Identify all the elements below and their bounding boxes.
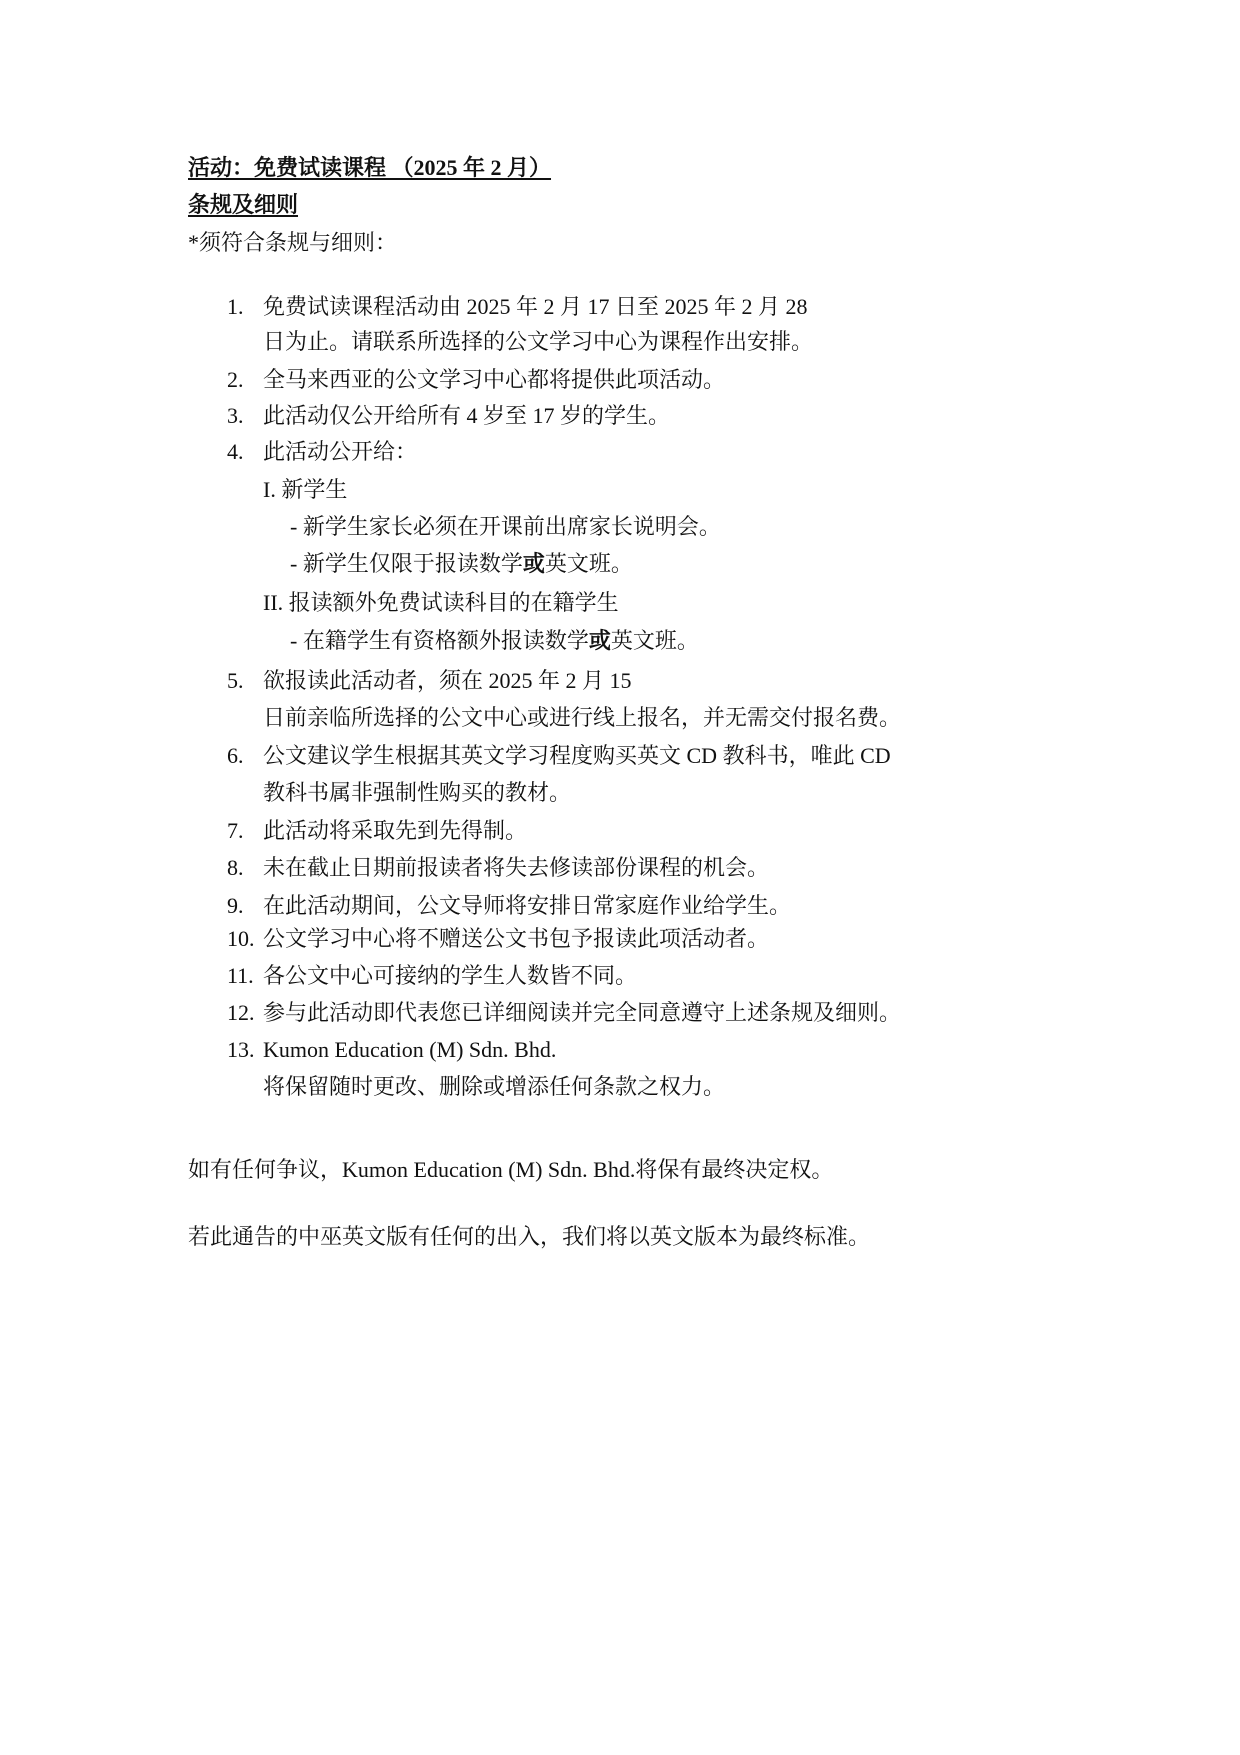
document-subtitle: 条规及细则 [188, 190, 298, 220]
item-text: 此活动公开给： [263, 439, 417, 464]
list-item-1: 1. 免费试读课程活动由 2025 年 2 月 17 日至 2025 年 2 月… [263, 292, 808, 322]
list-item-5: 5. 欲报读此活动者，须在 2025 年 2 月 15 [263, 666, 632, 696]
document-title: 活动：免费试读课程 （2025 年 2 月） [188, 153, 551, 183]
point-text: - 在籍学生有资格额外报读数学 [290, 628, 589, 653]
item-text: 将保留随时更改、删除或增添任何条款之权力。 [263, 1074, 725, 1099]
item-number: 7. [227, 816, 261, 846]
point-text: - 新学生仅限于报读数学 [290, 551, 523, 576]
emphasis-or: 或 [589, 628, 611, 653]
item-number: 13. [227, 1035, 261, 1065]
intro-note: *须符合条规与细则： [188, 228, 397, 258]
item-text: 此活动将采取先到先得制。 [263, 818, 527, 843]
point-text: - 新学生家长必须在开课前出席家长说明会。 [290, 514, 721, 539]
item-number: 2. [227, 365, 261, 395]
item-text: 公文建议学生根据其英文学习程度购买英文 CD 教科书，唯此 CD [263, 743, 891, 768]
item-number: 10. [227, 924, 261, 954]
subsection-ii-point-1: - 在籍学生有资格额外报读数学或英文班。 [290, 626, 699, 656]
item-number: 1. [227, 292, 261, 322]
emphasis-or: 或 [523, 551, 545, 576]
subsection-ii-label: II. 报读额外免费试读科目的在籍学生 [263, 588, 619, 618]
item-number: 4. [227, 437, 261, 467]
list-item-4: 4. 此活动公开给： [263, 437, 417, 467]
item-text: 免费试读课程活动由 2025 年 2 月 17 日至 2025 年 2 月 28 [263, 294, 808, 319]
item-text: 未在截止日期前报读者将失去修读部份课程的机会。 [263, 855, 769, 880]
item-text: 各公文中心可接纳的学生人数皆不同。 [263, 963, 637, 988]
list-item-12: 12. 参与此活动即代表您已详细阅读并完全同意遵守上述条规及细则。 [263, 998, 901, 1028]
item-number: 12. [227, 998, 261, 1028]
item-number: 9. [227, 891, 261, 921]
item-text: 在此活动期间，公文导师将安排日常家庭作业给学生。 [263, 893, 791, 918]
item-text: 教科书属非强制性购买的教材。 [263, 780, 571, 805]
item-number: 6. [227, 741, 261, 771]
item-text: 日前亲临所选择的公文中心或进行线上报名，并无需交付报名费。 [263, 705, 901, 730]
language-clause: 若此通告的中巫英文版有任何的出入，我们将以英文版本为最终标准。 [188, 1222, 870, 1252]
item-text: 此活动仅公开给所有 4 岁至 17 岁的学生。 [263, 403, 670, 428]
subsection-i-point-1: - 新学生家长必须在开课前出席家长说明会。 [290, 512, 721, 542]
list-item-5-cont: 日前亲临所选择的公文中心或进行线上报名，并无需交付报名费。 [263, 703, 901, 733]
list-item-6: 6. 公文建议学生根据其英文学习程度购买英文 CD 教科书，唯此 CD [263, 741, 891, 771]
item-text: 欲报读此活动者，须在 2025 年 2 月 15 [263, 668, 632, 693]
item-text: 参与此活动即代表您已详细阅读并完全同意遵守上述条规及细则。 [263, 1000, 901, 1025]
list-item-6-cont: 教科书属非强制性购买的教材。 [263, 778, 571, 808]
list-item-13: 13. Kumon Education (M) Sdn. Bhd. [263, 1035, 556, 1065]
dispute-clause: 如有任何争议，Kumon Education (M) Sdn. Bhd.将保有最… [188, 1155, 833, 1185]
item-number: 11. [227, 961, 261, 991]
list-item-8: 8. 未在截止日期前报读者将失去修读部份课程的机会。 [263, 853, 769, 883]
item-number: 8. [227, 853, 261, 883]
list-item-1-cont: 日为止。请联系所选择的公文学习中心为课程作出安排。 [263, 327, 813, 357]
item-text: Kumon Education (M) Sdn. Bhd. [263, 1037, 556, 1062]
document-page: 活动：免费试读课程 （2025 年 2 月） 条规及细则 *须符合条规与细则： … [0, 0, 1240, 1755]
list-item-7: 7. 此活动将采取先到先得制。 [263, 816, 527, 846]
list-item-2: 2. 全马来西亚的公文学习中心都将提供此项活动。 [263, 365, 725, 395]
item-text: 公文学习中心将不赠送公文书包予报读此项活动者。 [263, 926, 769, 951]
item-text: 全马来西亚的公文学习中心都将提供此项活动。 [263, 367, 725, 392]
list-item-10: 10. 公文学习中心将不赠送公文书包予报读此项活动者。 [263, 924, 769, 954]
list-item-13-cont: 将保留随时更改、删除或增添任何条款之权力。 [263, 1072, 725, 1102]
point-text: 英文班。 [611, 628, 699, 653]
subsection-i-label: I. 新学生 [263, 475, 347, 505]
list-item-3: 3. 此活动仅公开给所有 4 岁至 17 岁的学生。 [263, 401, 670, 431]
subsection-i-point-2: - 新学生仅限于报读数学或英文班。 [290, 549, 633, 579]
point-text: 英文班。 [545, 551, 633, 576]
list-item-11: 11. 各公文中心可接纳的学生人数皆不同。 [263, 961, 637, 991]
item-number: 5. [227, 666, 261, 696]
list-item-9: 9. 在此活动期间，公文导师将安排日常家庭作业给学生。 [263, 891, 791, 921]
item-number: 3. [227, 401, 261, 431]
item-text: 日为止。请联系所选择的公文学习中心为课程作出安排。 [263, 329, 813, 354]
